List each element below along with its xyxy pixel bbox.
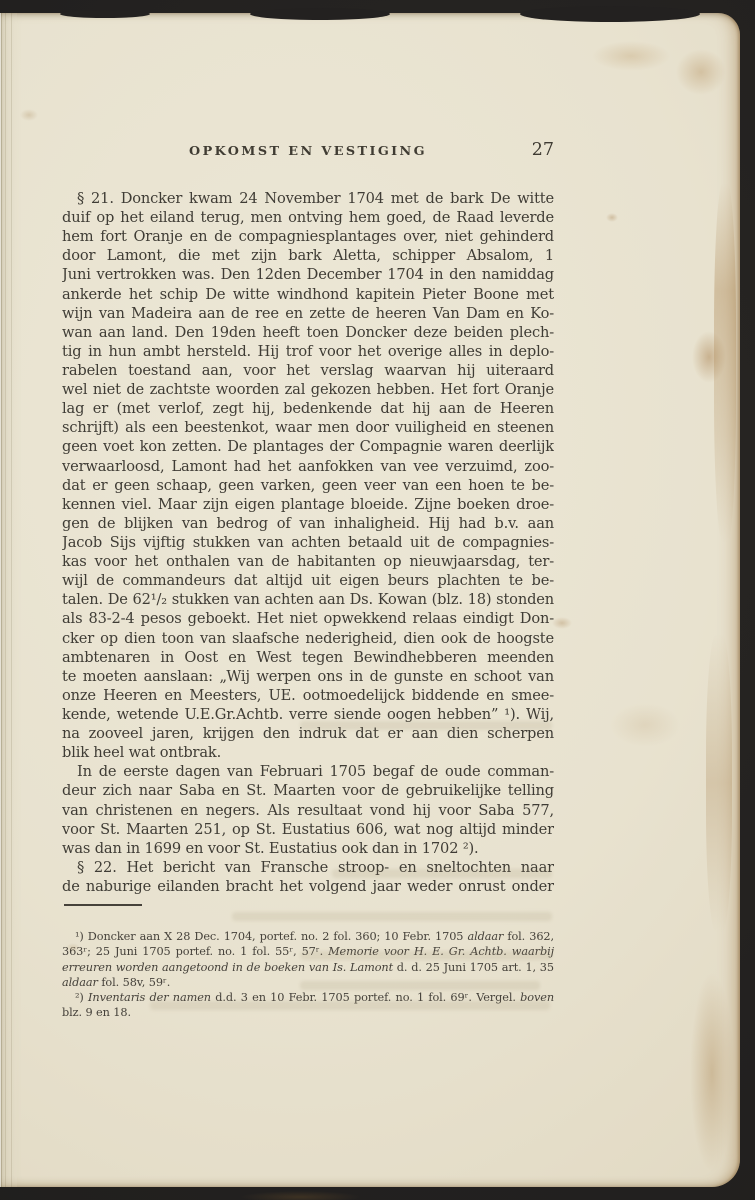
body-line: gen de blijken van bedrog of van inhalig… xyxy=(62,514,554,533)
body-line: ankerde het schip De witte windhond kapi… xyxy=(62,285,554,304)
page-stain xyxy=(20,109,38,121)
page-stain xyxy=(692,331,726,383)
page-stain xyxy=(240,1191,360,1200)
running-header: OPKOMST EN VESTIGING 27 xyxy=(62,144,554,166)
body-line: ambtenaren in Oost en West tegen Bewindh… xyxy=(62,648,554,667)
footnote-text: d.d. 3 en 10 Febr. 1705 portef. no. 1 fo… xyxy=(211,991,520,1004)
book-spine-edge xyxy=(0,13,17,1187)
body-line: § 22. Het bericht van Fransche stroop- e… xyxy=(62,858,554,877)
body-line: blik heel wat ontbrak. xyxy=(62,743,554,762)
page-stain xyxy=(592,41,670,71)
deckle-edge xyxy=(250,8,390,20)
body-line: tig in hun ambt hersteld. Hij trof voor … xyxy=(62,342,554,361)
footnote-separator xyxy=(64,904,142,906)
body-line: kende, wetende U.E.Gr.Achtb. verre siend… xyxy=(62,705,554,724)
body-line: Juni vertrokken was. Den 12den December … xyxy=(62,265,554,284)
footnote-text: d. d. 25 Juni 1705 art. 1, 35 xyxy=(393,961,554,974)
footnote-line: aldaar fol. 58v, 59ʳ. xyxy=(62,975,554,990)
body-line: voor St. Maarten 251, op St. Eustatius 6… xyxy=(62,820,554,839)
footnote-text: fol. 58v, 59ʳ. xyxy=(98,976,170,989)
body-line: wel niet de zachtste woorden zal gekozen… xyxy=(62,380,554,399)
deckle-edge xyxy=(520,6,700,22)
footnote-italic: Inventaris der namen xyxy=(88,991,211,1004)
book-scan: OPKOMST EN VESTIGING 27 § 21. Doncker kw… xyxy=(0,0,755,1200)
body-line: na zooveel jaren, krijgen den indruk dat… xyxy=(62,724,554,743)
footnote-italic: aldaar xyxy=(62,976,98,989)
body-line: wan aan land. Den 19den heeft toen Donck… xyxy=(62,323,554,342)
book-page: OPKOMST EN VESTIGING 27 § 21. Doncker kw… xyxy=(0,13,740,1187)
body-line: hem fort Oranje en de compagniesplantage… xyxy=(62,227,554,246)
body-line: duif op het eiland terug, men ontving he… xyxy=(62,208,554,227)
body-line: cker op dien toon van slaafsche nederigh… xyxy=(62,629,554,648)
footnote-italic: erreuren worden aangetoond in de boeken … xyxy=(62,961,393,974)
page-stain xyxy=(606,213,618,222)
body-line: geen voet kon zetten. De plantages der C… xyxy=(62,437,554,456)
page-stain xyxy=(690,973,734,1173)
body-line: te moeten aanslaan: „Wij werpen ons in d… xyxy=(62,667,554,686)
footnote-text: ¹) Doncker aan X 28 Dec. 1704, portef. n… xyxy=(75,930,467,943)
footnote-line: ²) Inventaris der namen d.d. 3 en 10 Feb… xyxy=(62,990,554,1005)
footnote-line: 363ʳ; 25 Juni 1705 portef. no. 1 fol. 55… xyxy=(62,944,554,959)
body-line: door Lamont, die met zijn bark Aletta, s… xyxy=(62,246,554,265)
page-stain xyxy=(552,617,572,629)
footnote-italic: boven xyxy=(520,991,554,1004)
footnote-text: fol. 362, xyxy=(503,930,554,943)
footnote-line: blz. 9 en 18. xyxy=(62,1005,554,1020)
footnote-italic: aldaar xyxy=(467,930,503,943)
page-number: 27 xyxy=(532,140,554,160)
body-line: van christenen en negers. Als resultaat … xyxy=(62,801,554,820)
body-line: als 83-2-4 pesos geboekt. Het niet opwek… xyxy=(62,609,554,628)
footnote-line: ¹) Doncker aan X 28 Dec. 1704, portef. n… xyxy=(62,929,554,944)
footnote-line: erreuren worden aangetoond in de boeken … xyxy=(62,960,554,975)
body-line: onze Heeren en Meesters, UE. ootmoedelij… xyxy=(62,686,554,705)
deckle-edge xyxy=(60,10,150,18)
body-line: rabelen toestand aan, voor het verslag w… xyxy=(62,361,554,380)
page-stain xyxy=(706,633,732,933)
body-text: § 21. Doncker kwam 24 November 1704 met … xyxy=(62,189,554,896)
body-line: de naburige eilanden bracht het volgend … xyxy=(62,877,554,896)
body-line: was dan in 1699 en voor St. Eustatius oo… xyxy=(62,839,554,858)
body-line: In de eerste dagen van Februari 1705 beg… xyxy=(62,762,554,781)
body-line: wijl de commandeurs dat altijd uit eigen… xyxy=(62,571,554,590)
page-stain xyxy=(714,183,736,543)
header-title: OPKOMST EN VESTIGING xyxy=(62,144,554,158)
body-line: lag er (met verlof, zegt hij, bedenkende… xyxy=(62,399,554,418)
footnote-italic: Memorie voor H. E. Gr. Achtb. waarbij xyxy=(328,945,554,958)
body-line: deur zich naar Saba en St. Maarten voor … xyxy=(62,781,554,800)
page-stain xyxy=(676,49,726,95)
show-through-mark xyxy=(232,912,552,921)
body-line: dat er geen schaap, geen varken, geen ve… xyxy=(62,476,554,495)
body-line: kennen viel. Maar zijn eigen plantage bl… xyxy=(62,495,554,514)
page-stain xyxy=(610,703,680,747)
footnote-text: 363ʳ; 25 Juni 1705 portef. no. 1 fol. 55… xyxy=(62,945,328,958)
footnotes: ¹) Doncker aan X 28 Dec. 1704, portef. n… xyxy=(62,929,554,1021)
footnote-text: blz. 9 en 18. xyxy=(62,1006,131,1019)
body-line: schrijft) als een beestenkot, waar men d… xyxy=(62,418,554,437)
body-line: verwaarloosd, Lamont had het aanfokken v… xyxy=(62,457,554,476)
body-line: talen. De 62¹/₂ stukken van achten aan D… xyxy=(62,590,554,609)
body-line: Jacob Sijs vijftig stukken van achten be… xyxy=(62,533,554,552)
body-line: kas voor het onthalen van de habitanten … xyxy=(62,552,554,571)
footnote-text: ²) xyxy=(75,991,88,1004)
body-line: § 21. Doncker kwam 24 November 1704 met … xyxy=(62,189,554,208)
body-line: wijn van Madeira aan de ree en zette de … xyxy=(62,304,554,323)
